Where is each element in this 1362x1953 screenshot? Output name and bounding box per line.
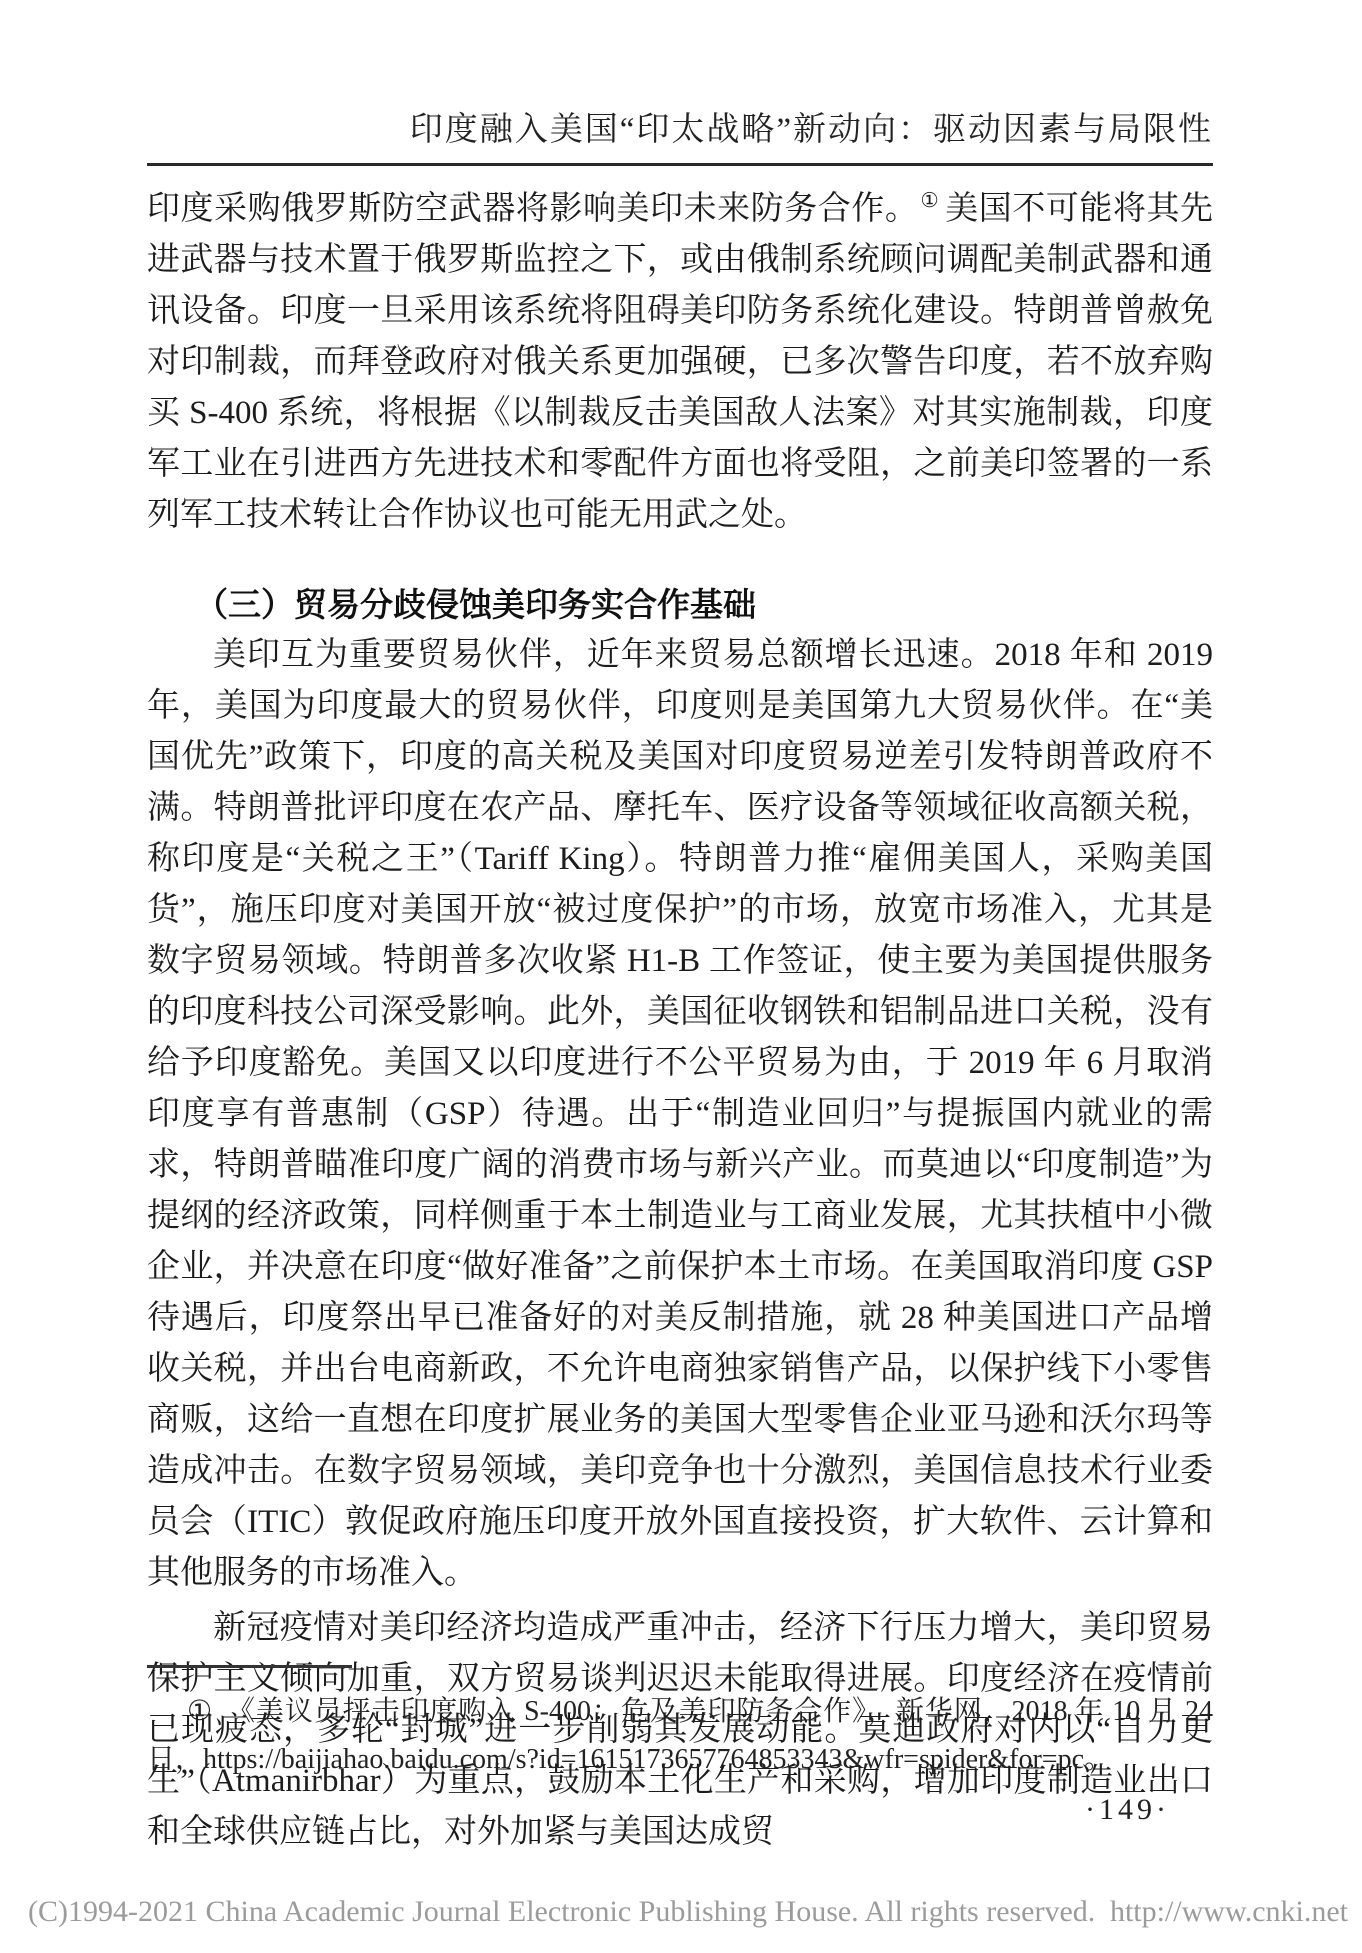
paragraph-1-text-before-ref: 印度采购俄罗斯防空武器将影响美印未来防务合作。 xyxy=(147,191,918,227)
body-text-column: 印度采购俄罗斯防空武器将影响美印未来防务合作。①美国不可能将其先进武器与技术置于… xyxy=(147,184,1213,1858)
section-heading-three: （三）贸易分歧侵蚀美印务实合作基础 xyxy=(147,579,1213,630)
page-number: ·149· xyxy=(1085,1793,1170,1827)
footnote-1: ①《美议员抨击印度购入 S-400：危及美印防务合作》，新华网，2018 年 1… xyxy=(147,1688,1213,1784)
footnote-1-text: 《美议员抨击印度购入 S-400：危及美印防务合作》，新华网，2018 年 10… xyxy=(147,1696,1213,1775)
running-head-title: 印度融入美国“印太战略”新动向：驱动因素与局限性 xyxy=(147,103,1213,150)
header-divider-rule xyxy=(147,163,1213,166)
paragraph-1-text-after-ref: 美国不可能将其先进武器与技术置于俄罗斯监控之下，或由俄制系统顾问调配美制武器和通… xyxy=(147,191,1213,533)
copyright-watermark: (C)1994-2021 China Academic Journal Elec… xyxy=(28,1895,1095,1929)
footnote-reference-1: ① xyxy=(920,190,939,212)
footnote-1-marker: ① xyxy=(187,1696,213,1727)
cnki-url-watermark: http://www.cnki.net xyxy=(1110,1895,1348,1929)
paragraph-2: 美印互为重要贸易伙伴，近年来贸易总额增长迅速。2018 年和 2019 年，美国… xyxy=(147,630,1213,1599)
journal-page: 印度融入美国“印太战略”新动向：驱动因素与局限性 印度采购俄罗斯防空武器将影响美… xyxy=(0,0,1362,1953)
paragraph-1: 印度采购俄罗斯防空武器将影响美印未来防务合作。①美国不可能将其先进武器与技术置于… xyxy=(147,184,1213,541)
footnote-divider-rule xyxy=(147,1665,352,1668)
watermark-footer: (C)1994-2021 China Academic Journal Elec… xyxy=(28,1895,1348,1929)
